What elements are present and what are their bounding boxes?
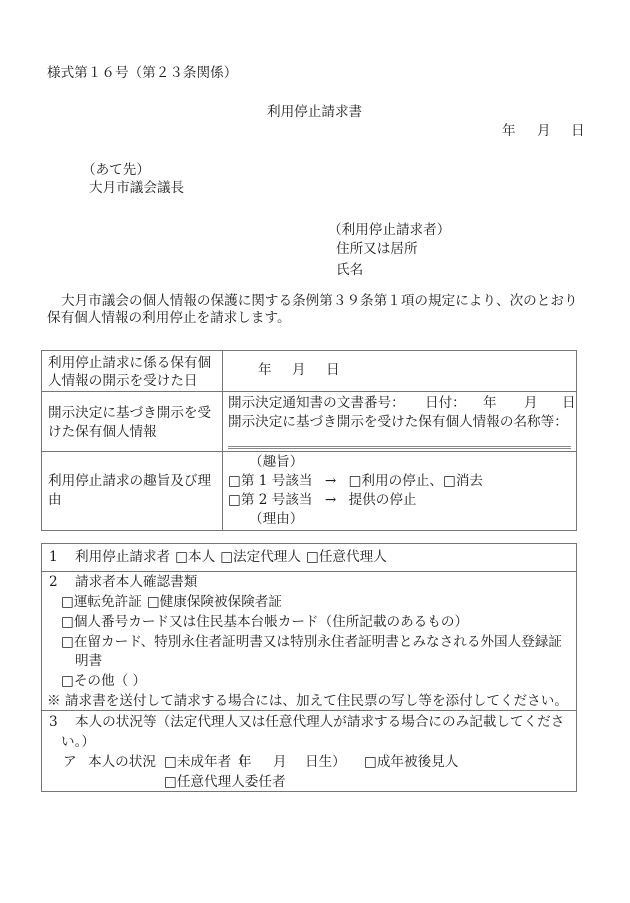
arrow-right-icon: →	[325, 471, 336, 491]
checkbox-icon: □	[349, 473, 362, 489]
checkbox-icon: □	[61, 673, 74, 689]
document-title: 利用停止請求書	[267, 102, 362, 122]
checkbox-label: 法定代理人	[233, 549, 301, 565]
disclosure-date-label-line-1: 利用停止請求に係る保有個	[48, 353, 211, 373]
requester-type-line: 利用停止請求者□本人□法定代理人□任意代理人	[75, 547, 387, 567]
disclosed-info-label-line-2: けた保有個人情報	[48, 422, 157, 442]
checkbox-label: 第 2 号該当	[241, 492, 313, 508]
notice-date-month: 月	[524, 393, 538, 413]
info-name-fill-line	[228, 446, 571, 449]
requester-type-label: 利用停止請求者	[75, 549, 170, 565]
birth-year-label: 年	[238, 752, 252, 772]
checkbox-label: 成年被後見人	[377, 754, 459, 770]
disclosure-date-month: 月	[292, 360, 306, 380]
checkbox-icon: □	[147, 594, 160, 610]
checkbox-icon: □	[220, 549, 233, 565]
checkbox-label: 第 1 号該当	[241, 473, 313, 489]
checkbox-label: 在留カード、特別永住者証明書又は特別永住者証明書とみなされる外国人登録証	[74, 634, 562, 650]
requester-type-number: 1	[49, 547, 58, 567]
name-label: 氏名	[336, 260, 363, 280]
checkbox-icon: □	[443, 473, 456, 489]
checkbox-label: 消去	[456, 473, 483, 489]
purpose-heading: （趣旨）	[249, 452, 303, 472]
checkbox-icon: □	[164, 774, 177, 790]
purpose-item-1: □第 1 号該当 → □利用の停止、 □消去	[228, 471, 483, 491]
mail-request-note: ※ 請求書を送付して請求する場合には、加えて住民票の写し等を添付してください。	[47, 691, 568, 711]
checkbox-voluntary-agent-principal[interactable]: □任意代理人委任者	[164, 772, 286, 792]
id-documents-label: 請求者本人確認書類	[75, 572, 197, 592]
principal-status-number: 3	[49, 712, 58, 732]
sub-item-label: 本人の状況	[88, 752, 156, 772]
checkbox-self[interactable]: □本人	[175, 547, 215, 567]
notice-date-year: 年	[483, 393, 497, 413]
checkbox-icon: □	[228, 492, 241, 508]
birth-month-label: 月	[273, 752, 287, 772]
disclosure-date-year: 年	[258, 360, 272, 380]
checkbox-label: 任意代理人	[319, 549, 387, 565]
address-label: 住所又は居所	[336, 239, 418, 259]
checkbox-icon: □	[164, 754, 177, 770]
date-day-label: 日	[571, 121, 585, 141]
checkbox-icon: □	[175, 549, 188, 565]
checkbox-minor[interactable]: □未成年者（	[164, 752, 245, 772]
checkbox-residence-card[interactable]: □在留カード、特別永住者証明書又は特別永住者証明書とみなされる外国人登録証	[61, 632, 562, 652]
checkbox-icon: □	[61, 634, 74, 650]
request-table-row-divider-1	[41, 391, 577, 392]
purpose-reason-label-line-1: 利用停止請求の趣旨及び理	[48, 471, 211, 491]
request-table-column-divider	[222, 350, 223, 531]
id-documents-line-2: □個人番号カード又は住民基本台帳カード（住所記載のあるもの）	[61, 612, 468, 632]
checkbox-legal-representative[interactable]: □法定代理人	[220, 547, 301, 567]
checkbox-icon: □	[364, 754, 377, 770]
notice-date-day: 日	[562, 393, 576, 413]
sub-item-marker: ア	[63, 752, 77, 772]
addressee-label: （あて先）	[82, 160, 150, 180]
checkbox-icon: □	[61, 594, 74, 610]
disclosed-info-label-line-1: 開示決定に基づき開示を受	[48, 403, 211, 423]
intro-line-2: 保有個人情報の利用停止を請求します。	[47, 308, 291, 328]
checkbox-voluntary-agent[interactable]: □任意代理人	[306, 547, 387, 567]
checkbox-item-2[interactable]: □第 2 号該当	[228, 490, 313, 510]
checkbox-drivers-license[interactable]: □運転免許証	[61, 592, 142, 612]
checkbox-label: 利用の停止、	[361, 473, 443, 489]
disclosure-date-day: 日	[326, 360, 340, 380]
principal-status-label-line-2: い。）	[61, 732, 95, 752]
purpose-item-2: □第 2 号該当 → 提供の停止	[228, 490, 417, 510]
checkbox-other-document[interactable]: □その他（ ）	[61, 671, 146, 691]
request-table-row-divider-2	[41, 451, 577, 452]
id-documents-line-1: □運転免許証□健康保険被保険者証	[61, 592, 282, 612]
checkbox-icon: □	[306, 549, 319, 565]
date-month-label: 月	[537, 121, 551, 141]
reason-heading: （理由）	[249, 509, 303, 529]
checkbox-label: その他（ ）	[74, 673, 146, 689]
arrow-right-icon: →	[325, 490, 336, 510]
item-2-result: 提供の停止	[349, 492, 417, 508]
checkbox-icon: □	[228, 473, 241, 489]
purpose-reason-label-line-2: 由	[48, 490, 62, 510]
checkbox-label: 健康保険被保険者証	[160, 594, 282, 610]
id-documents-number: 2	[49, 572, 58, 592]
info-name-label: 開示決定に基づき開示を受けた保有個人情報の名称等：	[228, 412, 568, 432]
disclosure-date-label-line-2: 人情報の開示を受けた日	[48, 371, 198, 391]
id-documents-line-3: □在留カード、特別永住者証明書又は特別永住者証明書とみなされる外国人登録証	[61, 632, 562, 652]
checkbox-erasure[interactable]: □消去	[443, 471, 483, 491]
residence-card-continuation: 明書	[75, 651, 102, 671]
document-page: 様式第１６号（第２３条関係） 利用停止請求書 年 月 日 （あて先） 大月市議会…	[0, 0, 630, 903]
id-documents-line-4: □その他（ ）	[61, 671, 146, 691]
checkbox-adult-ward[interactable]: □成年被後見人	[364, 752, 458, 772]
checkbox-suspend-use[interactable]: □利用の停止、	[349, 471, 443, 491]
addressee-name: 大月市議会議長	[89, 178, 184, 198]
notice-date-label: 日付：	[425, 393, 466, 413]
requester-label: （利用停止請求者）	[328, 220, 450, 240]
checkbox-label: 未成年者（	[177, 754, 245, 770]
checkbox-item-1[interactable]: □第 1 号該当	[228, 471, 313, 491]
checkbox-label: 個人番号カード又は住民基本台帳カード（住所記載のあるもの）	[74, 614, 468, 630]
checkbox-label: 運転免許証	[74, 594, 142, 610]
date-year-label: 年	[502, 121, 516, 141]
doc-number-label: 開示決定通知書の文書番号：	[228, 393, 405, 413]
birth-day-label: 日生）	[305, 752, 346, 772]
checkbox-my-number-card[interactable]: □個人番号カード又は住民基本台帳カード（住所記載のあるもの）	[61, 612, 468, 632]
checkbox-label: 本人	[188, 549, 215, 565]
principal-status-label-line-1: 本人の状況等（法定代理人又は任意代理人が請求する場合にのみ記載してくださ	[75, 712, 564, 732]
checkbox-health-insurance-card[interactable]: □健康保険被保険者証	[147, 592, 282, 612]
checkbox-icon: □	[61, 614, 74, 630]
form-number: 様式第１６号（第２３条関係）	[47, 63, 237, 83]
checkbox-label: 任意代理人委任者	[177, 774, 286, 790]
